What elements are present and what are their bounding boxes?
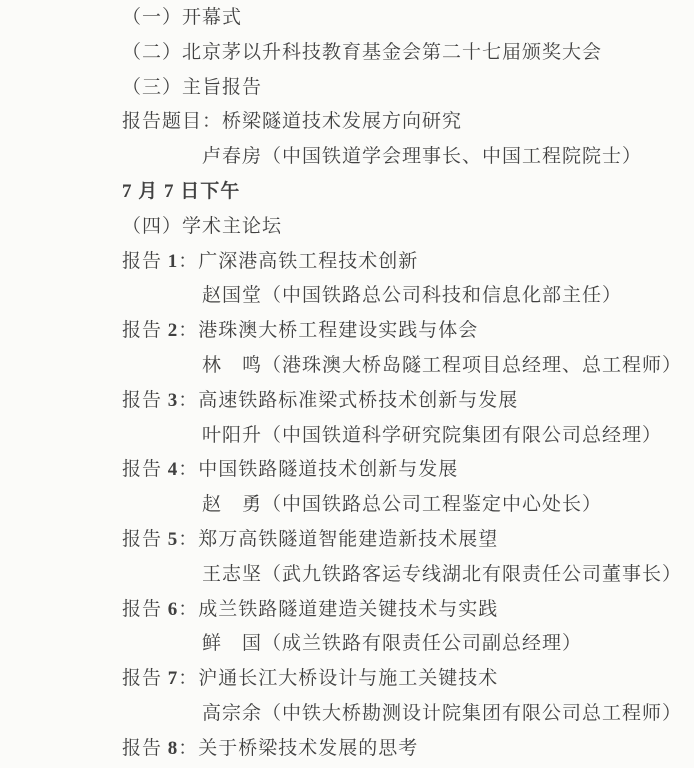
doc-text-segment: （四）学术主论坛 [122, 216, 282, 237]
doc-text-segment: 报告 [122, 668, 168, 689]
doc-text-segment: 报告 [122, 390, 168, 411]
doc-text-segment: ：中国铁路隧道技术创新与发展 [178, 459, 458, 480]
doc-line-report: 报告 8：关于桥梁技术发展的思考 [122, 732, 690, 767]
doc-line-speaker: 王志坚（武九铁路客运专线湖北有限责任公司董事长） [122, 558, 690, 593]
doc-line-report: 报告 7：沪通长江大桥设计与施工关键技术 [122, 662, 690, 697]
doc-line-body: 报告题目：桥梁隧道技术发展方向研究 [122, 105, 690, 140]
doc-text-segment: ：港珠澳大桥工程建设实践与体会 [178, 320, 478, 341]
doc-text-segment: 王志坚（武九铁路客运专线湖北有限责任公司董事长） [202, 564, 682, 585]
doc-text-segment: 报告 [122, 738, 168, 759]
doc-line-speaker: 赵国堂（中国铁路总公司科技和信息化部主任） [122, 279, 690, 314]
doc-text-segment: ：高速铁路标准梁式桥技术创新与发展 [178, 390, 518, 411]
doc-text-segment: 4 [168, 459, 179, 480]
doc-text-segment: 1 [168, 251, 179, 272]
doc-line-speaker: 林 鸣（港珠澳大桥岛隧工程项目总经理、总工程师） [122, 349, 690, 384]
doc-line-speaker: 赵 勇（中国铁路总公司工程鉴定中心处长） [122, 488, 690, 523]
doc-line-report: 报告 2：港珠澳大桥工程建设实践与体会 [122, 314, 690, 349]
doc-text-segment: 鲜 国（成兰铁路有限责任公司副总经理） [202, 633, 582, 654]
doc-line-section: （四）学术主论坛 [122, 210, 690, 245]
doc-text-segment: ：成兰铁路隧道建造关键技术与实践 [178, 599, 498, 620]
doc-text-segment: 7 [168, 668, 179, 689]
document-body: （一）开幕式（二）北京茅以升科技教育基金会第二十七届颁奖大会（三）主旨报告报告题… [122, 1, 690, 767]
doc-line-report: 报告 5：郑万高铁隧道智能建造新技术展望 [122, 523, 690, 558]
doc-text-segment: 叶阳升（中国铁道科学研究院集团有限公司总经理） [202, 425, 662, 446]
doc-text-segment: 报告题目：桥梁隧道技术发展方向研究 [122, 111, 462, 132]
doc-text-segment: 8 [168, 738, 179, 759]
doc-text-segment: ：沪通长江大桥设计与施工关键技术 [178, 668, 498, 689]
doc-line-date: 7 月 7 日下午 [122, 175, 690, 210]
doc-text-segment: 7 月 7 日下午 [122, 181, 240, 202]
doc-text-segment: 报告 [122, 529, 168, 550]
doc-text-segment: （二）北京茅以升科技教育基金会第二十七届颁奖大会 [122, 42, 602, 63]
doc-text-segment: 6 [168, 599, 179, 620]
doc-text-segment: 5 [168, 529, 179, 550]
doc-line-speaker: 卢春房（中国铁道学会理事长、中国工程院院士） [122, 140, 690, 175]
doc-text-segment: （一）开幕式 [122, 7, 242, 28]
doc-line-speaker: 高宗余（中铁大桥勘测设计院集团有限公司总工程师） [122, 697, 690, 732]
doc-line-report: 报告 3：高速铁路标准梁式桥技术创新与发展 [122, 384, 690, 419]
document-page: （一）开幕式（二）北京茅以升科技教育基金会第二十七届颁奖大会（三）主旨报告报告题… [0, 0, 694, 768]
doc-line-report: 报告 6：成兰铁路隧道建造关键技术与实践 [122, 593, 690, 628]
doc-text-segment: 高宗余（中铁大桥勘测设计院集团有限公司总工程师） [202, 703, 682, 724]
doc-text-segment: 2 [168, 320, 179, 341]
doc-text-segment: 林 鸣（港珠澳大桥岛隧工程项目总经理、总工程师） [202, 355, 682, 376]
doc-text-segment: ：广深港高铁工程技术创新 [178, 251, 418, 272]
doc-text-segment: 卢春房（中国铁道学会理事长、中国工程院院士） [202, 146, 642, 167]
doc-text-segment: 赵 勇（中国铁路总公司工程鉴定中心处长） [202, 494, 602, 515]
doc-line-section: （一）开幕式 [122, 1, 690, 36]
doc-line-speaker: 鲜 国（成兰铁路有限责任公司副总经理） [122, 627, 690, 662]
doc-line-report: 报告 4：中国铁路隧道技术创新与发展 [122, 453, 690, 488]
doc-text-segment: 报告 [122, 599, 168, 620]
doc-text-segment: ：关于桥梁技术发展的思考 [178, 738, 418, 759]
doc-line-section: （三）主旨报告 [122, 71, 690, 106]
doc-text-segment: ：郑万高铁隧道智能建造新技术展望 [178, 529, 498, 550]
doc-text-segment: （三）主旨报告 [122, 77, 262, 98]
doc-text-segment: 3 [168, 390, 179, 411]
doc-text-segment: 报告 [122, 320, 168, 341]
doc-line-report: 报告 1：广深港高铁工程技术创新 [122, 245, 690, 280]
doc-text-segment: 赵国堂（中国铁路总公司科技和信息化部主任） [202, 285, 622, 306]
doc-line-section: （二）北京茅以升科技教育基金会第二十七届颁奖大会 [122, 36, 690, 71]
doc-line-speaker: 叶阳升（中国铁道科学研究院集团有限公司总经理） [122, 419, 690, 454]
doc-text-segment: 报告 [122, 459, 168, 480]
doc-text-segment: 报告 [122, 251, 168, 272]
